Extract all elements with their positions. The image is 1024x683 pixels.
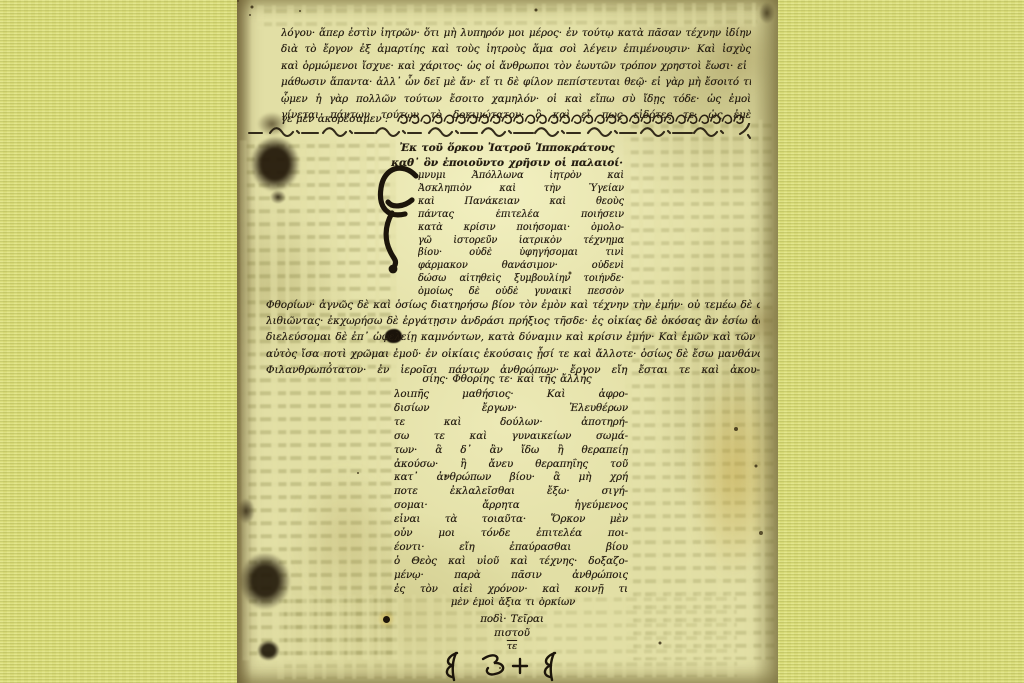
- manuscript-photo: λόγου· ἅπερ ἐστὶν ἰητρῶν· ὅτι μὴ λυπηρόν…: [0, 0, 1024, 683]
- manuscript-text-line: δώσω αἰτηθεὶς ξυμβουλίην τοιήνδε·: [418, 273, 624, 286]
- manuscript-text-line: γῶ ἱστορεῦν ἰατρικὸν τέχνημα: [418, 235, 624, 248]
- showthrough-text-right: [624, 120, 775, 661]
- manuscript-text-line: εἶναι τὰ τοιαῦτα· Ὅρκον μὲν: [394, 513, 628, 527]
- manuscript-text-line: δισίων ἔργων· Ἐλευθέρων: [394, 402, 628, 416]
- manuscript-text-line: καὶ Πανάκειαν καὶ θεοὺς: [418, 196, 624, 209]
- oath-closing-line: μὲν ἐμοὶ ἄξια τι ὁρκίων: [445, 597, 581, 608]
- manuscript-text-line: ὁ Θεὸς καὶ υἱοῦ καὶ τέχνης· δοξαζο-: [394, 555, 628, 569]
- manuscript-text-line: κατὰ κρίσιν ποιήσομαι· ὁμολο-: [418, 222, 624, 235]
- wavy-rule-icon: [245, 123, 767, 141]
- colophon: ποδὶ· Τεῖραιπιστοῦτε: [431, 612, 593, 655]
- manuscript-text-line: καθ᾽ ὃν ἐποιοῦντο χρῆσιν οἱ παλαιοί·: [387, 156, 627, 171]
- header-paragraph: λόγου· ἅπερ ἐστὶν ἰητρῶν· ὅτι μὴ λυπηρόν…: [281, 25, 751, 123]
- manuscript-text-line: διελεύσομαι δὲ ἐπ᾽ ὠφελείῃ καμνόντων, κα…: [266, 329, 760, 345]
- initial-letter-icon: [375, 161, 421, 277]
- manuscript-text-line: μάθωσιν ἅπαντα· ἀλλ᾽ ὧν δεῖ μὲ ἄν· εἴ τι…: [281, 74, 751, 90]
- manuscript-text-line: μνυμι Ἀπόλλωνα ἰητρὸν καὶ: [418, 170, 624, 183]
- manuscript-text-line: τε καὶ δούλων· ἀποτηρή-: [394, 416, 628, 430]
- manuscript-page: λόγου· ἅπερ ἐστὶν ἰητρῶν· ὅτι μὴ λυπηρόν…: [237, 0, 778, 683]
- oath-cross-arms: Φθορίων· ἁγνῶς δὲ καὶ ὁσίως διατηρήσω βί…: [266, 297, 760, 378]
- manuscript-text-line: λόγου· ἅπερ ἐστὶν ἰητρῶν· ὅτι μὴ λυπηρόν…: [281, 25, 751, 41]
- manuscript-text-line: μένῳ· παρὰ πᾶσιν ἀνθρώποις: [394, 569, 628, 583]
- manuscript-text-line: πιστοῦ: [431, 626, 593, 640]
- ink-stain: [759, 2, 775, 24]
- manuscript-text-line: έοντι· εἴη ἐπαύρασθαι βίου: [394, 541, 628, 555]
- manuscript-text-line: σομαι· ἄρρητα ἡγεύμενος: [394, 499, 628, 513]
- manuscript-text-line: σω τε καὶ γυναικείων σωμά-: [394, 430, 628, 444]
- manuscript-text-line: ποδὶ· Τεῖραι: [431, 612, 593, 626]
- manuscript-text-line: ᾧμεν ἡ γὰρ πολλῶν τούτων ἔσοιτο χαμηλόν·…: [281, 91, 751, 107]
- finis-flourish-icon: [439, 650, 594, 683]
- manuscript-text-line: καὶ ὁρμώμενοι ἴσχυε· καὶ χάριτος· ὡς οἱ …: [281, 58, 751, 74]
- manuscript-text-line: ἀκούσω· ἢ ἄνευ θεραπηΐης τοῦ: [394, 458, 628, 472]
- manuscript-text-line: ἐς τὸν αἰεὶ χρόνον· καὶ κοινῇ τι: [394, 583, 628, 597]
- oath-bridge-line: σίης· Φθορίης τε· καὶ τῆς ἄλλης: [389, 373, 625, 385]
- manuscript-text-line: Φθορίων· ἁγνῶς δὲ καὶ ὁσίως διατηρήσω βί…: [266, 297, 760, 313]
- manuscript-text-line: αὐτὸς ἴσα ποτὶ χρῶμαι ἐμοῦ· ἐν οἰκίαις ἑ…: [266, 346, 760, 362]
- oath-lower-column: λοιπῆς μαθήσιος· Καὶ ἀφρο-δισίων ἔργων· …: [394, 388, 628, 597]
- oath-title: Ἐκ τοῦ ὅρκου Ἰατροῦ Ἱπποκράτουςκαθ᾽ ὃν ἐ…: [387, 141, 627, 171]
- manuscript-text-line: λιθιῶντας· ἐκχωρήσω δὲ ἐργάτῃσιν ἀνδράσι…: [266, 313, 760, 329]
- ink-speckles: [237, 0, 239, 2]
- manuscript-text-line: των· ἃ δ᾽ ἂν ἴδω ἢ θεραπείῃ: [394, 444, 628, 458]
- manuscript-text-line: λοιπῆς μαθήσιος· Καὶ ἀφρο-: [394, 388, 628, 402]
- oath-upper-column: μνυμι Ἀπόλλωνα ἰητρὸν καὶἈσκληπιὸν καὶ τ…: [418, 170, 624, 299]
- manuscript-text-line: διὰ τὸ ἔργον ἐξ ἁμαρτίης καὶ τοὺς ἰητροὺ…: [281, 41, 751, 57]
- manuscript-text-line: μὲν ἐμοὶ ἄξια τι ὁρκίων: [445, 597, 581, 608]
- manuscript-text-line: πάντας ἐπιτελέα ποιήσειν: [418, 209, 624, 222]
- manuscript-text-line: βίου· οὐδὲ ὑφηγήσομαι τινὶ: [418, 247, 624, 260]
- manuscript-text-line: οὖν μοι τόνδε ἐπιτελέα ποι-: [394, 527, 628, 541]
- manuscript-text-line: φάρμακον θανάσιμον· οὐδενὶ: [418, 260, 624, 273]
- manuscript-text-line: κατ᾽ ἀνθρώπων βίου· ἃ μὴ χρή: [394, 471, 628, 485]
- manuscript-text-line: Ἐκ τοῦ ὅρκου Ἰατροῦ Ἱπποκράτους: [387, 141, 627, 156]
- manuscript-text-line: Ἀσκληπιὸν καὶ τὴν Ὑγείαν: [418, 183, 624, 196]
- manuscript-text-line: σίης· Φθορίης τε· καὶ τῆς ἄλλης: [389, 373, 625, 385]
- manuscript-text-line: ποτε ἐκλαλεῖσθαι ἔξω· σιγή-: [394, 485, 628, 499]
